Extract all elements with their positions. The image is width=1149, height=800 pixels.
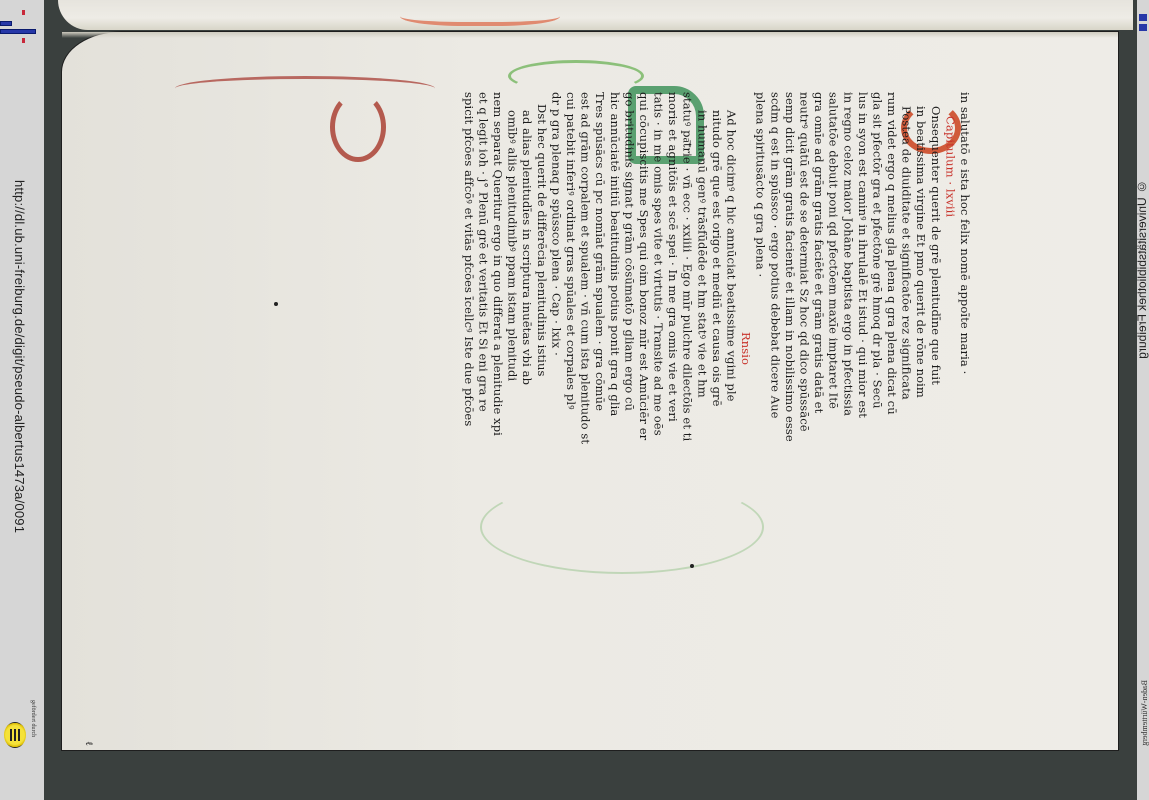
section-label: Rnsio — [739, 92, 754, 512]
text-line: rum videt ergo q melius gla plena q gra … — [884, 92, 899, 512]
text-line: go britudinis signat p grām cōsūmatō p g… — [622, 92, 637, 512]
text-line: nitudo grē que est origo et mediū et cau… — [709, 92, 724, 512]
funded-by-label: gefördert durch — [30, 700, 36, 737]
text-line: in salutatō e ista hoc felix nomē appoīt… — [957, 92, 972, 512]
text-line: moris et agnitōis et scē spei · In me gr… — [666, 92, 681, 512]
text-line: Postea de diuiditate et significatōe rez… — [899, 92, 914, 512]
text-line: omībꝰ aliis plenitudinibꝰ ppam istam ple… — [505, 92, 520, 512]
left-info-strip: http://dl.ub.uni-freiburg.de/digit/pseud… — [0, 0, 44, 800]
text-line: est ad grām corpalem et spualem · vñ cum… — [578, 92, 593, 512]
text-line: gla sit pfectōr gra et pfectōne grē hmoq… — [870, 92, 885, 512]
text-line: Dst hec querit de differēcia plenitudini… — [534, 92, 549, 512]
text-line: gra omīe ad grām gratis faciētē et grām … — [811, 92, 826, 512]
ink-dot — [690, 564, 694, 568]
copyright-mirrored: © Universitätsbibliothek Freiburg — [1135, 180, 1149, 359]
text-line: Onsequenter querit de grē plenitudīne qu… — [928, 92, 943, 512]
text-line: hic annūciatē initiū beatitudinis potius… — [607, 92, 622, 512]
ink-dot — [274, 302, 278, 306]
text-line: spicit pfcōes affcōꝰ et vitās pfcōes īce… — [461, 92, 476, 512]
text-line: scdm q est in spūssco · ergo potius debe… — [768, 92, 783, 512]
manuscript-text-block: in salutatō e ista hoc felix nomē appoīt… — [272, 92, 972, 512]
region-label-mirrored: Baden-Württemberg — [1140, 680, 1149, 746]
text-line: qui cōcupiscitis me Spes qui oim bonoz m… — [636, 92, 651, 512]
previous-page-flourish — [400, 2, 560, 26]
chapter-heading: Capitulum · lxviii — [943, 92, 958, 512]
library-logo-icon-mirrored — [1139, 14, 1147, 34]
library-logo-icon — [0, 10, 36, 50]
text-line: in regno celoz maior Johāne baptista erg… — [841, 92, 856, 512]
text-line: in beatissima virgine Et pmo querit de r… — [914, 92, 929, 512]
text-line: nem separat Queritur ergo in quo differa… — [490, 92, 505, 512]
text-line-with-heading: dr p gra plenaq p spūssco plena · Cap · … — [549, 92, 564, 512]
right-info-strip: © Universitätsbibliothek Freiburg Baden-… — [1137, 0, 1149, 800]
text-line: plena spiritusācto q gra plena · — [753, 92, 768, 512]
text-line: salutatōe debuit poni qd pfectōem maxīe … — [826, 92, 841, 512]
text-line: Ad hoc dicimꝰ q hic annūciat beatissime … — [724, 92, 739, 512]
text-line: neutrꝰ quātū est de se determiat Sz hoc … — [797, 92, 812, 512]
text-line: tatis · in me omis spes vite et virtutis… — [651, 92, 666, 512]
green-flourish-decoration — [508, 60, 644, 92]
coat-of-arms-icon — [4, 722, 26, 748]
text-line: ad alias plenitudīes in scriptura inuēta… — [520, 92, 535, 512]
previous-page-edge — [58, 0, 1133, 30]
text-line: lus in syon est caminꝰ in ihrulalē Et is… — [855, 92, 870, 512]
text-line: statuꝰ pa͞trie · vñ ecc · xxiiii · Ego m… — [680, 92, 695, 512]
text-line: Tres spūsācs cū pc nomīat grām spualem ·… — [593, 92, 608, 512]
text-line: semp dicit grām gratis facientē et illam… — [782, 92, 797, 512]
text-line: cui patebit inferiꝰ ordinat gras spūales… — [563, 92, 578, 512]
page-corner-mark: ℓ — [83, 741, 94, 746]
document-url[interactable]: http://dl.ub.uni-freiburg.de/digit/pseud… — [12, 180, 27, 533]
text-line: et q legit ioh · j° Plenū grē et veritat… — [476, 92, 491, 512]
text-line: in humanū genꝰ trāsfūdēde et hm statꝰ vi… — [695, 92, 710, 512]
